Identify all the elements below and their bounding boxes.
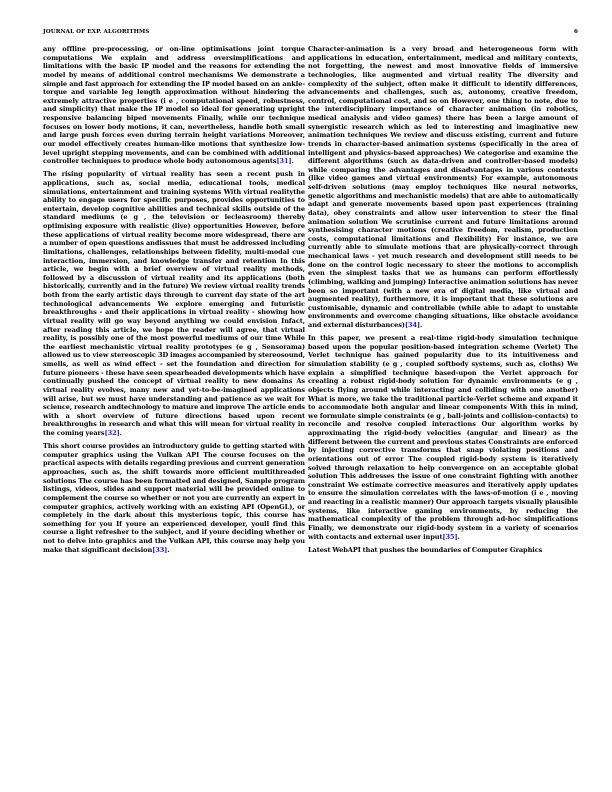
paragraph: The rising popularity of virtual reality… <box>43 170 305 437</box>
paragraph-text: The rising popularity of virtual reality… <box>43 170 305 437</box>
paragraph: Character-animation is a very broad and … <box>308 45 578 330</box>
running-header: JOURNAL OF EXP. ALGORITHMS 6 <box>43 29 578 41</box>
citation-link[interactable]: [31] <box>276 157 291 165</box>
paragraph-text: any offline pre-processing, or on-line o… <box>43 45 305 165</box>
punctuation: . <box>458 533 460 541</box>
paragraph-text: Character-animation is a very broad and … <box>308 45 578 329</box>
punctuation: . <box>420 321 422 329</box>
left-column: any offline pre-processing, or on-line o… <box>43 45 305 559</box>
paragraph-text: Latest WebAPI that pushes the boundaries… <box>308 546 542 554</box>
punctuation: . <box>120 429 122 437</box>
paragraph-text: In this paper, we present a real-time ri… <box>308 334 578 540</box>
paragraph: Latest WebAPI that pushes the boundaries… <box>308 546 578 555</box>
paragraph: any offline pre-processing, or on-line o… <box>43 45 305 166</box>
citation-link[interactable]: [33] <box>152 546 167 554</box>
page-number: 6 <box>574 29 578 35</box>
paragraph: This short course provides an introducto… <box>43 442 305 554</box>
paragraph: In this paper, we present a real-time ri… <box>308 334 578 541</box>
citation-link[interactable]: [35] <box>442 533 457 541</box>
punctuation: . <box>292 157 294 165</box>
citation-link[interactable]: [34] <box>405 321 420 329</box>
journal-title: JOURNAL OF EXP. ALGORITHMS <box>43 29 149 35</box>
citation-link[interactable]: [32] <box>105 429 120 437</box>
paragraph-text: This short course provides an introducto… <box>43 442 305 554</box>
punctuation: . <box>167 546 169 554</box>
right-column: Character-animation is a very broad and … <box>308 45 578 559</box>
